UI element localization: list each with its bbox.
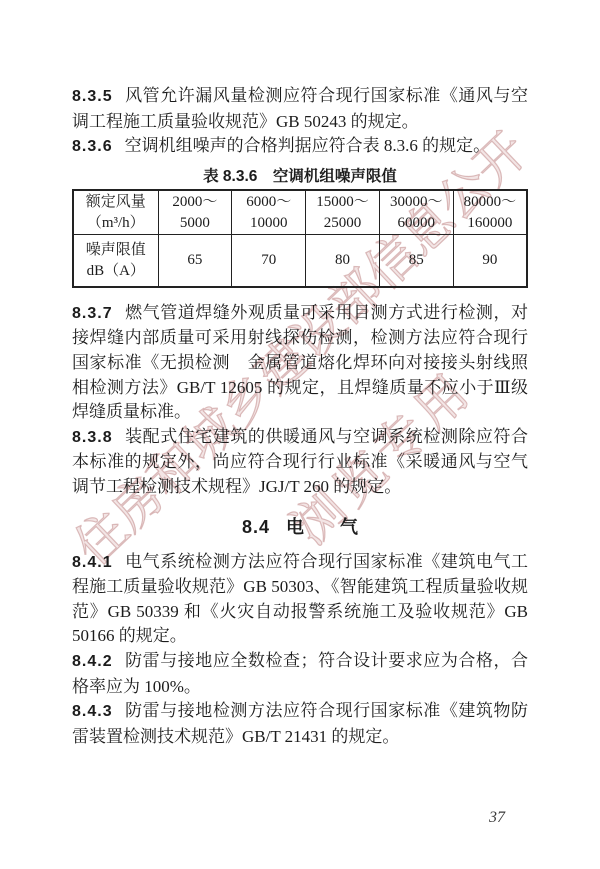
section-heading-number: 8.4 bbox=[242, 517, 270, 537]
document-page: 住房和城乡建设部信息公开 浏览专用 8.3.5风管允许漏风量检测应符合现行国家标… bbox=[0, 0, 600, 869]
clause-8-3-6-number: 8.3.6 bbox=[72, 138, 113, 155]
table-title: 表 8.3.6 空调机组噪声限值 bbox=[72, 167, 528, 187]
clause-8-3-5-number: 8.3.5 bbox=[72, 88, 113, 105]
flow-range-cell: 6000～ 10000 bbox=[232, 190, 306, 235]
flow-rate-label: 额定风量 （m³/h） bbox=[73, 190, 158, 235]
page-number: 37 bbox=[489, 809, 505, 827]
clause-8-4-2-number: 8.4.2 bbox=[72, 653, 113, 670]
clause-8-4-2-text: 防雷与接地应全数检查；符合设计要求应为合格，合格率应为 100%。 bbox=[72, 651, 528, 696]
clause-8-3-5: 8.3.5风管允许漏风量检测应符合现行国家标准《通风与空调工程施工质量验收规范》… bbox=[72, 84, 528, 134]
clause-8-4-3: 8.4.3防雷与接地检测方法应符合现行国家标准《建筑物防雷装置检测技术规范》GB… bbox=[72, 699, 528, 749]
clause-8-3-8-text: 装配式住宅建筑的供暖通风与空调系统检测除应符合本标准的规定外，尚应符合现行行业标… bbox=[72, 427, 528, 496]
noise-limit-cell: 85 bbox=[379, 235, 453, 287]
clause-8-3-7-text: 燃气管道焊缝外观质量可采用目测方式进行检测，对接焊缝内部质量可采用射线探伤检测，… bbox=[72, 303, 528, 421]
noise-limit-cell: 65 bbox=[158, 235, 232, 287]
noise-limit-cell: 80 bbox=[306, 235, 380, 287]
clause-8-3-8: 8.3.8装配式住宅建筑的供暖通风与空调系统检测除应符合本标准的规定外，尚应符合… bbox=[72, 425, 528, 500]
section-heading-8-4: 8.4电 气 bbox=[72, 514, 528, 540]
section-heading-title: 电 气 bbox=[286, 517, 358, 537]
page-content: 8.3.5风管允许漏风量检测应符合现行国家标准《通风与空调工程施工质量验收规范》… bbox=[0, 0, 600, 749]
clause-8-3-8-number: 8.3.8 bbox=[72, 429, 113, 446]
clause-8-4-3-number: 8.4.3 bbox=[72, 703, 113, 720]
clause-8-3-7: 8.3.7燃气管道焊缝外观质量可采用目测方式进行检测，对接焊缝内部质量可采用射线… bbox=[72, 301, 528, 425]
clause-8-4-3-text: 防雷与接地检测方法应符合现行国家标准《建筑物防雷装置检测技术规范》GB/T 21… bbox=[72, 701, 528, 746]
clause-8-3-5-text: 风管允许漏风量检测应符合现行国家标准《通风与空调工程施工质量验收规范》GB 50… bbox=[72, 86, 528, 131]
flow-range-cell: 15000～ 25000 bbox=[306, 190, 380, 235]
noise-limit-table: 额定风量 （m³/h） 2000～5000 6000～ 10000 15000～… bbox=[72, 189, 528, 288]
noise-limit-cell: 70 bbox=[232, 235, 306, 287]
table-row-flow-rate: 额定风量 （m³/h） 2000～5000 6000～ 10000 15000～… bbox=[73, 190, 527, 235]
clause-8-4-1-number: 8.4.1 bbox=[72, 554, 113, 571]
noise-limit-label: 噪声限值 dB（A） bbox=[73, 235, 158, 287]
flow-range-cell: 80000～ 160000 bbox=[453, 190, 527, 235]
table-row-noise-limit: 噪声限值 dB（A） 65 70 80 85 90 bbox=[73, 235, 527, 287]
noise-limit-cell: 90 bbox=[453, 235, 527, 287]
clause-8-3-7-number: 8.3.7 bbox=[72, 305, 113, 322]
clause-8-4-1-text: 电气系统检测方法应符合现行国家标准《建筑电气工程施工质量验收规范》GB 5030… bbox=[72, 552, 528, 646]
clause-8-4-1: 8.4.1电气系统检测方法应符合现行国家标准《建筑电气工程施工质量验收规范》GB… bbox=[72, 550, 528, 649]
clause-8-4-2: 8.4.2防雷与接地应全数检查；符合设计要求应为合格，合格率应为 100%。 bbox=[72, 649, 528, 699]
clause-8-3-6: 8.3.6空调机组噪声的合格判据应符合表 8.3.6 的规定。 bbox=[72, 134, 528, 160]
flow-range-cell: 2000～5000 bbox=[158, 190, 232, 235]
clause-8-3-6-text: 空调机组噪声的合格判据应符合表 8.3.6 的规定。 bbox=[125, 136, 491, 155]
flow-range-cell: 30000～ 60000 bbox=[379, 190, 453, 235]
